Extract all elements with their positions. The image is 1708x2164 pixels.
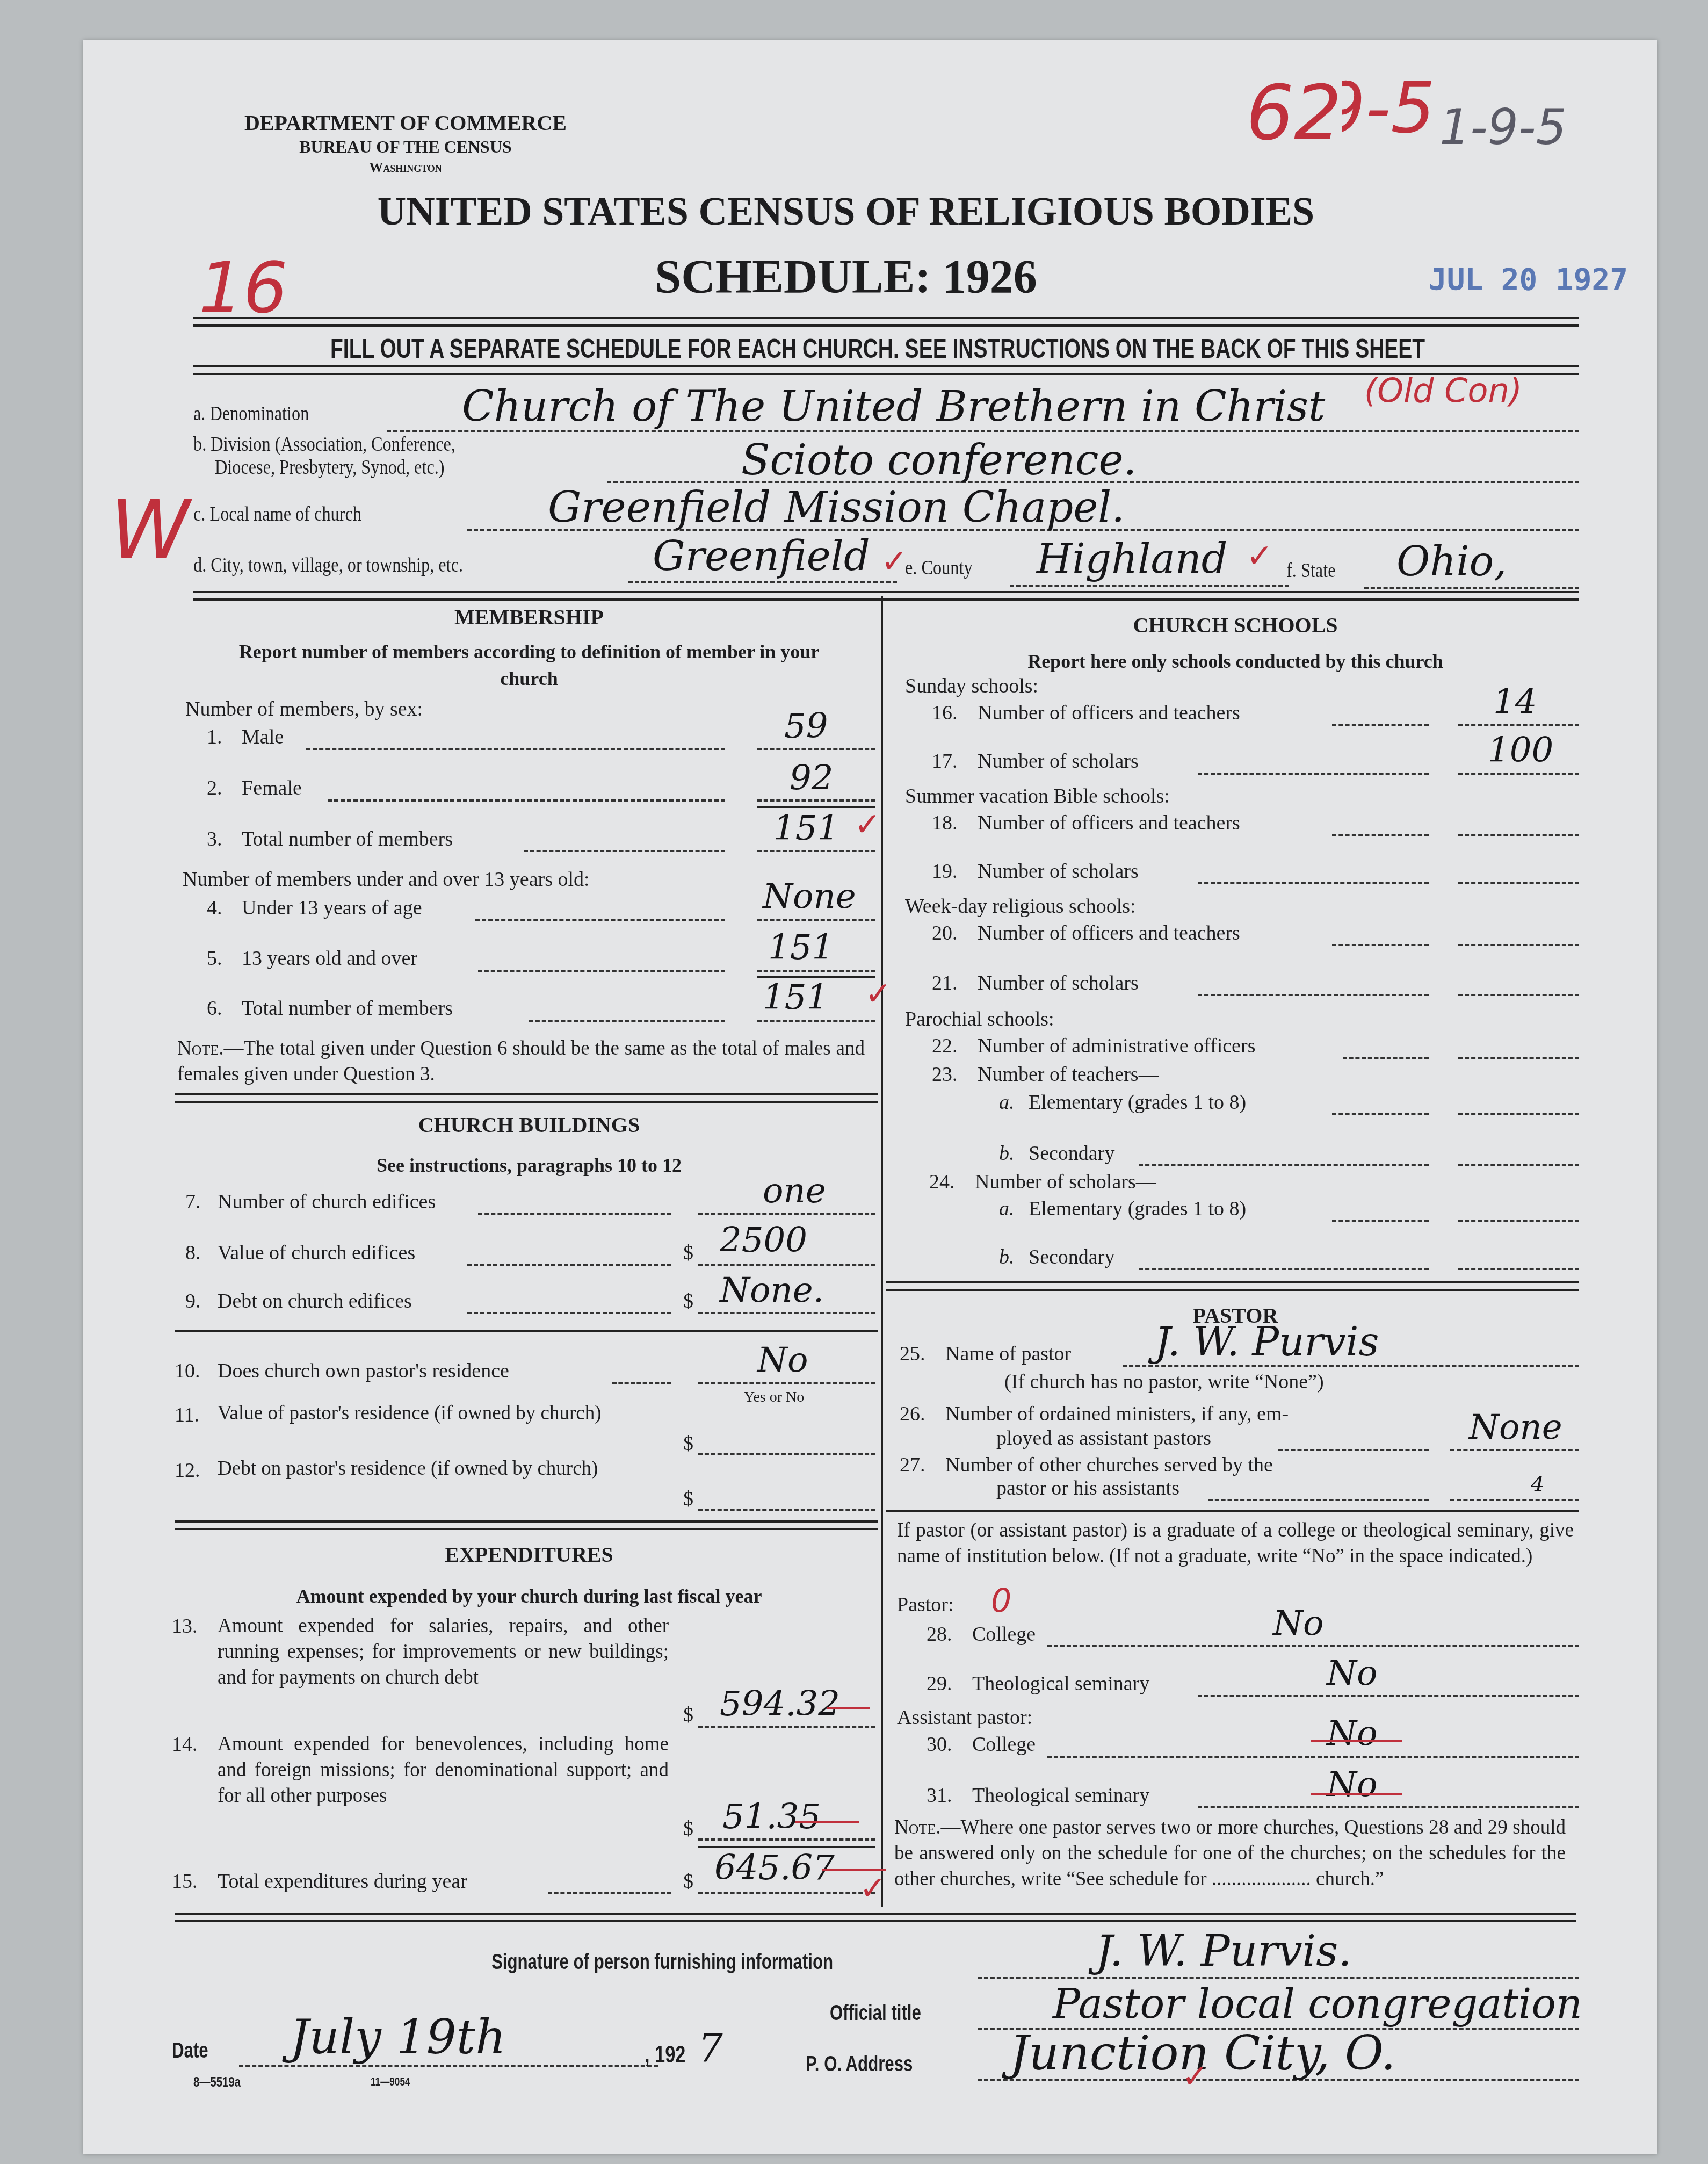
edifices-debt-label: Debt on church edifices: [218, 1289, 412, 1313]
over-13-field[interactable]: 151: [768, 928, 834, 968]
assistant-college-label: College: [972, 1733, 1036, 1756]
answer-line: [698, 1892, 875, 1894]
schools-heading: CHURCH SCHOOLS: [892, 612, 1579, 638]
assistant-seminary-label: Theological seminary: [972, 1784, 1149, 1807]
official-title-field[interactable]: Pastor local congregation: [1053, 1980, 1582, 2028]
date-field[interactable]: July 19th: [290, 2009, 506, 2065]
male-count-field[interactable]: 59: [784, 706, 828, 746]
red-strikethrough: [827, 1707, 870, 1709]
local-name-label: c. Local name of church: [193, 502, 361, 526]
answer-line: [698, 1382, 875, 1384]
answer-line: [757, 1020, 875, 1022]
sunday-scholars-field[interactable]: 100: [1488, 731, 1553, 770]
other-churches-label-1: Number of other churches served by the: [945, 1453, 1273, 1477]
assistants-label-2: ployed as assistant pastors: [996, 1426, 1211, 1450]
assistant-subheading: Assistant pastor:: [897, 1706, 1032, 1729]
leader-dots: [1332, 944, 1429, 946]
red-checkmark: ✓: [859, 1870, 886, 1907]
leader-dots: [478, 970, 725, 972]
weekday-officers-label: Number of officers and teachers: [978, 921, 1240, 945]
item-num: 12.: [175, 1459, 200, 1482]
note-text: —The total given under Question 6 should…: [177, 1037, 865, 1085]
running-expenses-label: Amount expended for salaries, repairs, a…: [218, 1613, 669, 1691]
currency-sign: $: [683, 1289, 693, 1313]
division-label-1: b. Division (Association, Conference,: [193, 432, 455, 456]
item-num: 17.: [932, 749, 958, 773]
pastor-note: Note.—Where one pastor serves two or mor…: [894, 1815, 1566, 1892]
item-num: 25.: [900, 1342, 925, 1366]
local-name-field[interactable]: Greenfield Mission Chapel.: [548, 484, 1125, 532]
answer-line: [757, 850, 875, 852]
owns-residence-label: Does church own pastor's residence: [218, 1359, 509, 1383]
currency-sign: $: [683, 1487, 693, 1511]
leader-dots: [1208, 1499, 1429, 1501]
red-checkmark: ✓: [1182, 2058, 1208, 2095]
red-checkmark: ✓: [865, 975, 892, 1013]
total-members-2-label: Total number of members: [242, 997, 453, 1020]
male-label: Male: [242, 725, 284, 749]
answer-line: [698, 1838, 875, 1841]
item-num: a.: [999, 1091, 1015, 1114]
note-lead: Note.: [894, 1816, 941, 1838]
item-num: b.: [999, 1142, 1015, 1165]
item-num: 29.: [927, 1672, 952, 1696]
sunday-officers-field[interactable]: 14: [1493, 682, 1537, 722]
scholars-elementary-label: Elementary (grades 1 to 8): [1029, 1197, 1246, 1221]
other-churches-label-2: pastor or his assistants: [996, 1476, 1179, 1500]
leader-dots: [467, 1264, 671, 1266]
leader-dots: [328, 799, 725, 802]
answer-line: [1458, 834, 1579, 836]
item-num: 8.: [185, 1241, 201, 1265]
pastor-college-line: [1047, 1645, 1579, 1647]
sunday-schools-heading: Sunday schools:: [905, 674, 1038, 698]
state-line: [1364, 587, 1579, 589]
expenditures-heading: EXPENDITURES: [177, 1542, 881, 1567]
leader-dots: [548, 1892, 671, 1894]
bureau-name: BUREAU OF THE CENSUS: [199, 137, 612, 157]
red-strikethrough: [795, 1821, 859, 1823]
over-13-label: 13 years old and over: [242, 947, 417, 970]
red-checkmark: ✓: [881, 543, 908, 580]
county-field[interactable]: Highland: [1037, 535, 1227, 582]
section-rule: [175, 1330, 878, 1332]
item-num: 16.: [932, 701, 958, 725]
answer-line: [1450, 1499, 1579, 1501]
item-num: 18.: [932, 811, 958, 835]
answer-line: [1458, 944, 1579, 946]
answer-line: [1458, 724, 1579, 726]
item-num: 21.: [932, 971, 958, 995]
pastor-name-label: Name of pastor: [945, 1342, 1071, 1366]
received-date-stamp: JUL 20 1927: [1429, 262, 1628, 297]
edifices-count-field[interactable]: one: [763, 1171, 826, 1211]
section-rule: [886, 1510, 1579, 1512]
membership-heading: MEMBERSHIP: [177, 604, 881, 630]
city-line: [628, 581, 897, 583]
assistant-seminary-line: [1198, 1806, 1579, 1808]
item-num: 28.: [927, 1622, 952, 1646]
assistant-pastors-field[interactable]: None: [1469, 1408, 1562, 1447]
answer-line: [1458, 994, 1579, 996]
teachers-elementary-label: Elementary (grades 1 to 8): [1029, 1091, 1246, 1114]
female-label: Female: [242, 776, 302, 800]
leader-dots: [1198, 994, 1429, 996]
under-13-label: Under 13 years of age: [242, 896, 422, 920]
assistant-seminary-field[interactable]: No: [1327, 1765, 1378, 1805]
membership-note: Note.—The total given under Question 6 s…: [177, 1036, 865, 1087]
answer-line: [698, 1312, 875, 1314]
assistant-college-field[interactable]: No: [1327, 1714, 1378, 1754]
item-num: 2.: [207, 776, 222, 800]
state-field[interactable]: Ohio,: [1396, 537, 1507, 585]
answer-line: [1458, 1057, 1579, 1059]
schedule-year: SCHEDULE: 1926: [269, 250, 1423, 304]
item-num: 27.: [900, 1453, 925, 1477]
total-members-2-field[interactable]: 151: [763, 978, 828, 1018]
city-label: d. City, town, village, or township, etc…: [193, 553, 463, 577]
header-rule: [193, 317, 1579, 327]
buildings-heading: CHURCH BUILDINGS: [177, 1112, 881, 1137]
item-num: 3.: [207, 827, 222, 851]
currency-sign: $: [683, 1870, 693, 1893]
red-circled-number: 62: [1246, 70, 1342, 157]
item-num: 7.: [185, 1190, 201, 1214]
red-margin-mark: W: [110, 484, 190, 577]
yes-or-no-hint: Yes or No: [744, 1389, 804, 1406]
item-num: b.: [999, 1245, 1015, 1269]
benevolences-label: Amount expended for benevolences, includ…: [218, 1732, 669, 1809]
pastor-name-field[interactable]: J. W. Purvis: [1155, 1319, 1379, 1365]
answer-line: [757, 799, 875, 802]
official-title-label: Official title: [830, 2001, 921, 2025]
item-num: 9.: [185, 1289, 201, 1313]
sunday-officers-label: Number of officers and teachers: [978, 701, 1240, 725]
answer-line: [757, 970, 875, 972]
leader-dots: [524, 850, 725, 852]
red-strikethrough: [1311, 1793, 1402, 1795]
column-divider: [881, 596, 883, 1907]
answer-line: [757, 748, 875, 750]
pastor-seminary-line: [1198, 1695, 1579, 1697]
graduate-instructions: If pastor (or assistant pastor) is a gra…: [897, 1518, 1574, 1569]
section-rule: [175, 1520, 878, 1530]
currency-sign: $: [683, 1241, 693, 1265]
leader-dots: [478, 1213, 671, 1215]
pastor-seminary-label: Theological seminary: [972, 1672, 1149, 1696]
item-num: 31.: [927, 1784, 952, 1807]
weekday-schools-heading: Week-day religious schools:: [905, 895, 1136, 918]
leader-dots: [1332, 724, 1429, 726]
item-num: 11.: [175, 1403, 199, 1427]
answer-line: [1450, 1449, 1579, 1451]
identity-rule: [193, 591, 1579, 601]
total-expenditures-field[interactable]: 645.67: [714, 1848, 835, 1888]
date-line: [239, 2065, 658, 2067]
edifices-count-label: Number of church edifices: [218, 1190, 436, 1214]
leader-dots: [1139, 1268, 1429, 1270]
leader-dots: [1139, 1164, 1429, 1166]
membership-subtitle: Report number of members according to de…: [226, 638, 833, 692]
assistants-label-1: Number of ordained ministers, if any, em…: [945, 1402, 1289, 1426]
edifices-value-field[interactable]: 2500: [720, 1221, 807, 1260]
print-number: 11—9054: [371, 2075, 410, 2089]
leader-dots: [1278, 1449, 1429, 1451]
pastor-college-label: College: [972, 1622, 1036, 1646]
county-label: e. County: [905, 556, 973, 580]
red-strikethrough: [1311, 1740, 1402, 1742]
edifices-value-label: Value of church edifices: [218, 1241, 415, 1265]
red-pastor-mark: 0: [991, 1582, 1011, 1620]
po-address-label: P. O. Address: [806, 2052, 913, 2076]
residence-value-label: Value of pastor's residence (if owned by…: [218, 1401, 669, 1426]
item-num: 22.: [932, 1034, 958, 1058]
city-field[interactable]: Greenfield: [653, 532, 870, 580]
item-num: 6.: [207, 997, 222, 1020]
answer-line: [698, 1509, 875, 1511]
answer-line: [698, 1213, 875, 1215]
currency-sign: $: [683, 1817, 693, 1841]
leader-dots: [1198, 773, 1429, 775]
leader-dots: [467, 1312, 671, 1314]
leader-dots: [1343, 1057, 1429, 1059]
section-rule: [175, 1093, 878, 1103]
admin-officers-label: Number of administrative officers: [978, 1034, 1255, 1058]
by-sex-heading: Number of members, by sex:: [185, 697, 423, 721]
item-num: 10.: [175, 1359, 200, 1383]
teachers-heading: Number of teachers—: [978, 1063, 1159, 1086]
pastor-seminary-field[interactable]: No: [1327, 1654, 1378, 1693]
item-num: 19.: [932, 860, 958, 883]
division-label-2: Diocese, Presbytery, Synod, etc.): [215, 456, 445, 479]
item-num: 4.: [207, 896, 222, 920]
item-num: 20.: [932, 921, 958, 945]
under-13-field[interactable]: None: [763, 877, 856, 917]
item-num: 13.: [172, 1614, 198, 1638]
sunday-scholars-label: Number of scholars: [978, 749, 1139, 773]
summer-officers-label: Number of officers and teachers: [978, 811, 1240, 835]
red-checkmark: ✓: [1246, 537, 1273, 575]
state-label: f. State: [1286, 559, 1335, 582]
leader-dots: [1332, 1113, 1429, 1115]
other-churches-field[interactable]: 4: [1531, 1472, 1544, 1497]
total-members-field[interactable]: 151: [773, 809, 839, 848]
denomination-label: a. Denomination: [193, 402, 309, 425]
note-text: —Where one pastor serves two or more chu…: [894, 1816, 1566, 1890]
leader-dots: [1332, 1220, 1429, 1222]
pastor-college-field[interactable]: No: [1273, 1604, 1324, 1643]
department-name: DEPARTMENT OF COMMERCE: [199, 110, 612, 135]
item-num: a.: [999, 1197, 1015, 1221]
currency-sign: $: [683, 1432, 693, 1455]
note-lead: Note.: [177, 1037, 224, 1059]
female-count-field[interactable]: 92: [790, 759, 833, 798]
item-num: 30.: [927, 1733, 952, 1756]
benevolences-field[interactable]: 51.35: [722, 1797, 821, 1837]
footer-rule: [175, 1913, 1576, 1922]
no-pastor-hint: (If church has no pastor, write “None”): [1004, 1370, 1324, 1394]
denomination-red-note: (Old Con): [1364, 371, 1522, 410]
assistant-college-line: [1047, 1756, 1579, 1758]
answer-line: [1458, 1164, 1579, 1166]
pastor-subheading: Pastor:: [897, 1593, 954, 1617]
answer-line: [1458, 1113, 1579, 1115]
answer-line: [1458, 773, 1579, 775]
running-expenses-field[interactable]: 594.32: [720, 1684, 840, 1724]
answer-line: [1458, 1268, 1579, 1270]
item-num: 5.: [207, 947, 222, 970]
summer-scholars-label: Number of scholars: [978, 860, 1139, 883]
bureau-city: Washington: [199, 160, 612, 176]
item-num: 1.: [207, 725, 222, 749]
section-rule: [886, 1281, 1579, 1291]
answer-line: [757, 919, 875, 921]
item-num: 24.: [929, 1170, 955, 1194]
answer-line: [698, 1726, 875, 1728]
edifices-debt-field[interactable]: None.: [720, 1271, 824, 1310]
signature-line: [978, 1977, 1579, 1979]
leader-dots: [1332, 834, 1429, 836]
county-line: [1010, 585, 1289, 587]
item-num: 15.: [172, 1870, 198, 1893]
answer-line: [698, 1264, 875, 1266]
signature-field[interactable]: J. W. Purvis.: [1096, 1926, 1352, 1976]
total-members-label: Total number of members: [242, 827, 453, 851]
item-num: 23.: [932, 1063, 958, 1086]
date-year-prefix: , 192: [645, 2042, 685, 2068]
date-label: Date: [172, 2039, 208, 2063]
signature-label: Signature of person furnishing informati…: [491, 1950, 833, 1974]
leader-dots: [529, 1020, 725, 1022]
division-field[interactable]: Scioto conference.: [741, 436, 1137, 485]
leader-dots: [475, 919, 725, 921]
form-title: UNITED STATES CENSUS OF RELIGIOUS BODIES: [269, 189, 1423, 235]
summer-schools-heading: Summer vacation Bible schools:: [905, 784, 1170, 808]
expenditures-subtitle: Amount expended by your church during la…: [177, 1585, 881, 1607]
answer-line: [698, 1453, 875, 1455]
leader-dots: [306, 748, 725, 750]
leader-dots: [612, 1382, 671, 1384]
teachers-secondary-label: Secondary: [1029, 1142, 1114, 1165]
total-expenditures-label: Total expenditures during year: [218, 1870, 467, 1893]
age-heading: Number of members under and over 13 year…: [183, 868, 590, 891]
leader-dots: [1198, 882, 1429, 884]
currency-sign: $: [683, 1703, 693, 1727]
item-num: 14.: [172, 1733, 198, 1756]
pencil-code: 1-9-5: [1439, 99, 1567, 156]
residence-debt-label: Debt on pastor's residence (if owned by …: [218, 1456, 669, 1482]
weekday-scholars-label: Number of scholars: [978, 971, 1139, 995]
scholars-secondary-label: Secondary: [1029, 1245, 1114, 1269]
answer-line: [1458, 882, 1579, 884]
parochial-schools-heading: Parochial schools:: [905, 1007, 1054, 1031]
answer-line: [1458, 1220, 1579, 1222]
fill-instructions: FILL OUT A SEPARATE SCHEDULE FOR EACH CH…: [330, 333, 1425, 364]
date-year-field[interactable]: 7: [698, 2025, 723, 2071]
item-num: 26.: [900, 1402, 925, 1426]
denomination-field[interactable]: Church of The United Brethern in Christ: [462, 383, 1325, 431]
owns-residence-field[interactable]: No: [757, 1340, 808, 1380]
form-number: 8—5519a: [193, 2074, 241, 2090]
scholars-heading: Number of scholars—: [975, 1170, 1156, 1194]
red-checkmark: ✓: [854, 806, 881, 843]
schools-subtitle: Report here only schools conducted by th…: [892, 650, 1579, 673]
